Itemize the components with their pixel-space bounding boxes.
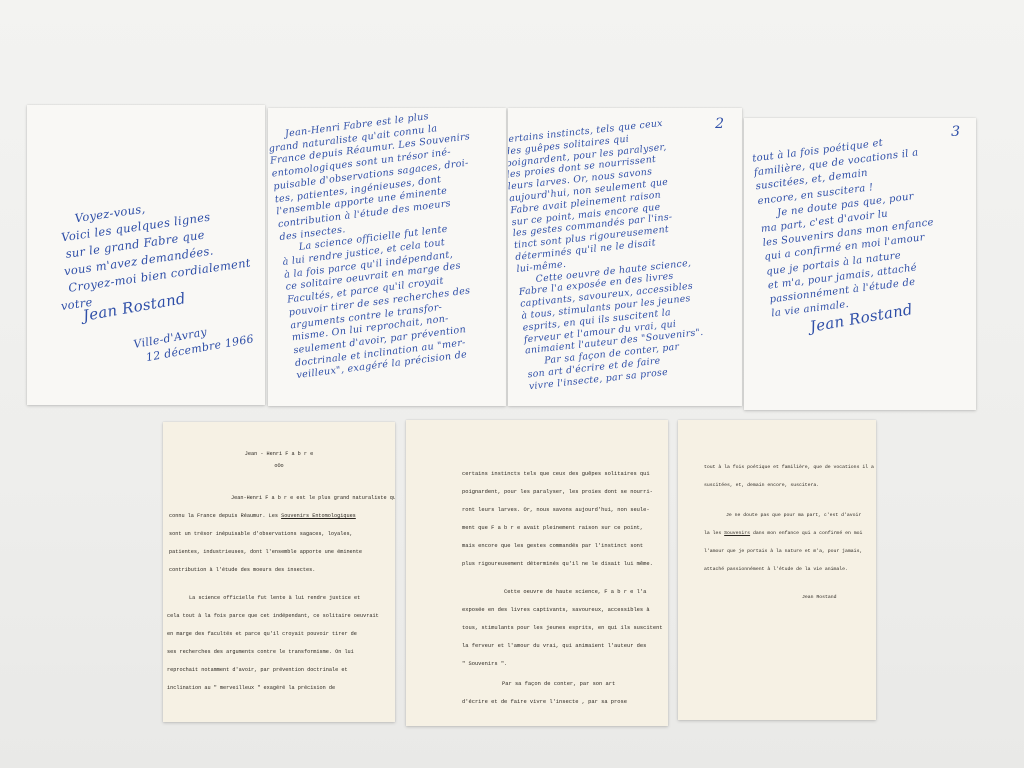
typed-line: contribution à l'étude des moeurs des in… bbox=[169, 568, 315, 573]
typed-line: connu la France depuis Réaumur. Les Souv… bbox=[169, 514, 356, 519]
handwritten-cover-note: Voyez-vous, Voici les quelques lignes su… bbox=[27, 105, 265, 405]
typed-line: tout à la fois poétique et familière, qu… bbox=[704, 466, 874, 471]
typed-line: Jean-Henri F a b r e est le plus grand n… bbox=[231, 496, 395, 501]
page-number: 2 bbox=[715, 116, 724, 132]
typed-line: ses recherches des arguments contre le t… bbox=[167, 650, 354, 655]
typed-subtitle: oOo bbox=[163, 464, 395, 469]
typed-page-1: Jean - Henri F a b r e oOo Jean-Henri F … bbox=[163, 422, 395, 722]
typed-line: attaché passionnément à l'étude de la vi… bbox=[704, 568, 848, 573]
typed-line: certains instincts tels que ceux des guê… bbox=[462, 472, 650, 477]
typed-page-3: tout à la fois poétique et familière, qu… bbox=[678, 420, 876, 720]
typed-line: inclination au " merveilleux " exagéré l… bbox=[167, 686, 335, 691]
typed-page-3-text: tout à la fois poétique et familière, qu… bbox=[678, 420, 876, 720]
typed-line: en marge des facultés et parce qu'il cro… bbox=[167, 632, 357, 637]
handwritten-page-3: 3 tout à la fois poétique et familière, … bbox=[744, 118, 976, 410]
typed-line: Je ne doute pas que pour ma part, c'est … bbox=[726, 514, 861, 519]
typed-line: cela tout à la fois parce que cet indépe… bbox=[167, 614, 379, 619]
typed-line: plus rigoureusement déterminés qu'il ne … bbox=[462, 562, 653, 567]
typed-signature: Jean Rostand bbox=[802, 596, 837, 601]
typed-line: tous, stimulants pour les jeunes esprits… bbox=[462, 626, 663, 631]
handwritten-page-1: Jean-Henri Fabre est le plus grand natur… bbox=[268, 108, 506, 406]
typed-line: Cette oeuvre de haute science, F a b r e… bbox=[504, 590, 646, 595]
typed-line: patientes, industrieuses, dont l'ensembl… bbox=[169, 550, 362, 555]
page-2-text: certains instincts, tels que ceux des gu… bbox=[508, 116, 708, 393]
typed-line: l'amour que je portais à la nature et m'… bbox=[704, 550, 862, 555]
typed-title: Jean - Henri F a b r e bbox=[163, 452, 395, 457]
typed-line: ment que F a b r e avait pleinement rais… bbox=[462, 526, 643, 531]
typed-page-2-text: certains instincts tels que ceux des guê… bbox=[406, 420, 668, 726]
typed-line: d'écrire et de faire vivre l'insecte , p… bbox=[462, 700, 627, 705]
typed-line: reprochait notamment d'avoir, par préven… bbox=[167, 668, 348, 673]
page-1-text: Jean-Henri Fabre est le plus grand natur… bbox=[268, 108, 497, 383]
typed-line: suscitées, et, demain encore, suscitera. bbox=[704, 484, 819, 489]
typed-line: Par sa façon de conter, par son art bbox=[502, 682, 615, 687]
typed-line: exposée en des livres captivants, savour… bbox=[462, 608, 650, 613]
typed-line: sont un trésor inépuisable d'observation… bbox=[169, 532, 353, 537]
typed-line: La science officielle fut lente à lui re… bbox=[189, 596, 360, 601]
typed-line: ront leurs larves. Or, nous savons aujou… bbox=[462, 508, 650, 513]
typed-line: " Souvenirs ". bbox=[462, 662, 507, 667]
underlined-title: Souvenirs bbox=[724, 531, 750, 536]
cover-note-place-date: Ville-d'Avray 12 décembre 1966 bbox=[132, 317, 255, 367]
typed-page-2: certains instincts tels que ceux des guê… bbox=[406, 420, 668, 726]
typed-line: poignardent, pour les paralyser, les pro… bbox=[462, 490, 653, 495]
typed-line: la les Souvenirs dans mon enfance qui a … bbox=[704, 532, 862, 537]
typed-line: la ferveur et l'amour du vrai, qui anima… bbox=[462, 644, 646, 649]
page-3-text: tout à la fois poétique et familière, qu… bbox=[752, 132, 944, 322]
typed-line-text: la les bbox=[704, 531, 724, 536]
typed-line: mais encore que les gestes commandés par… bbox=[462, 544, 643, 549]
handwritten-page-2: 2 certains instincts, tels que ceux des … bbox=[508, 108, 742, 406]
underlined-title: Souvenirs Entomologiques bbox=[281, 513, 356, 519]
typed-line-text: connu la France depuis Réaumur. Les bbox=[169, 513, 281, 519]
typed-page-1-text: Jean - Henri F a b r e oOo Jean-Henri F … bbox=[163, 422, 395, 722]
page-number: 3 bbox=[951, 124, 960, 140]
